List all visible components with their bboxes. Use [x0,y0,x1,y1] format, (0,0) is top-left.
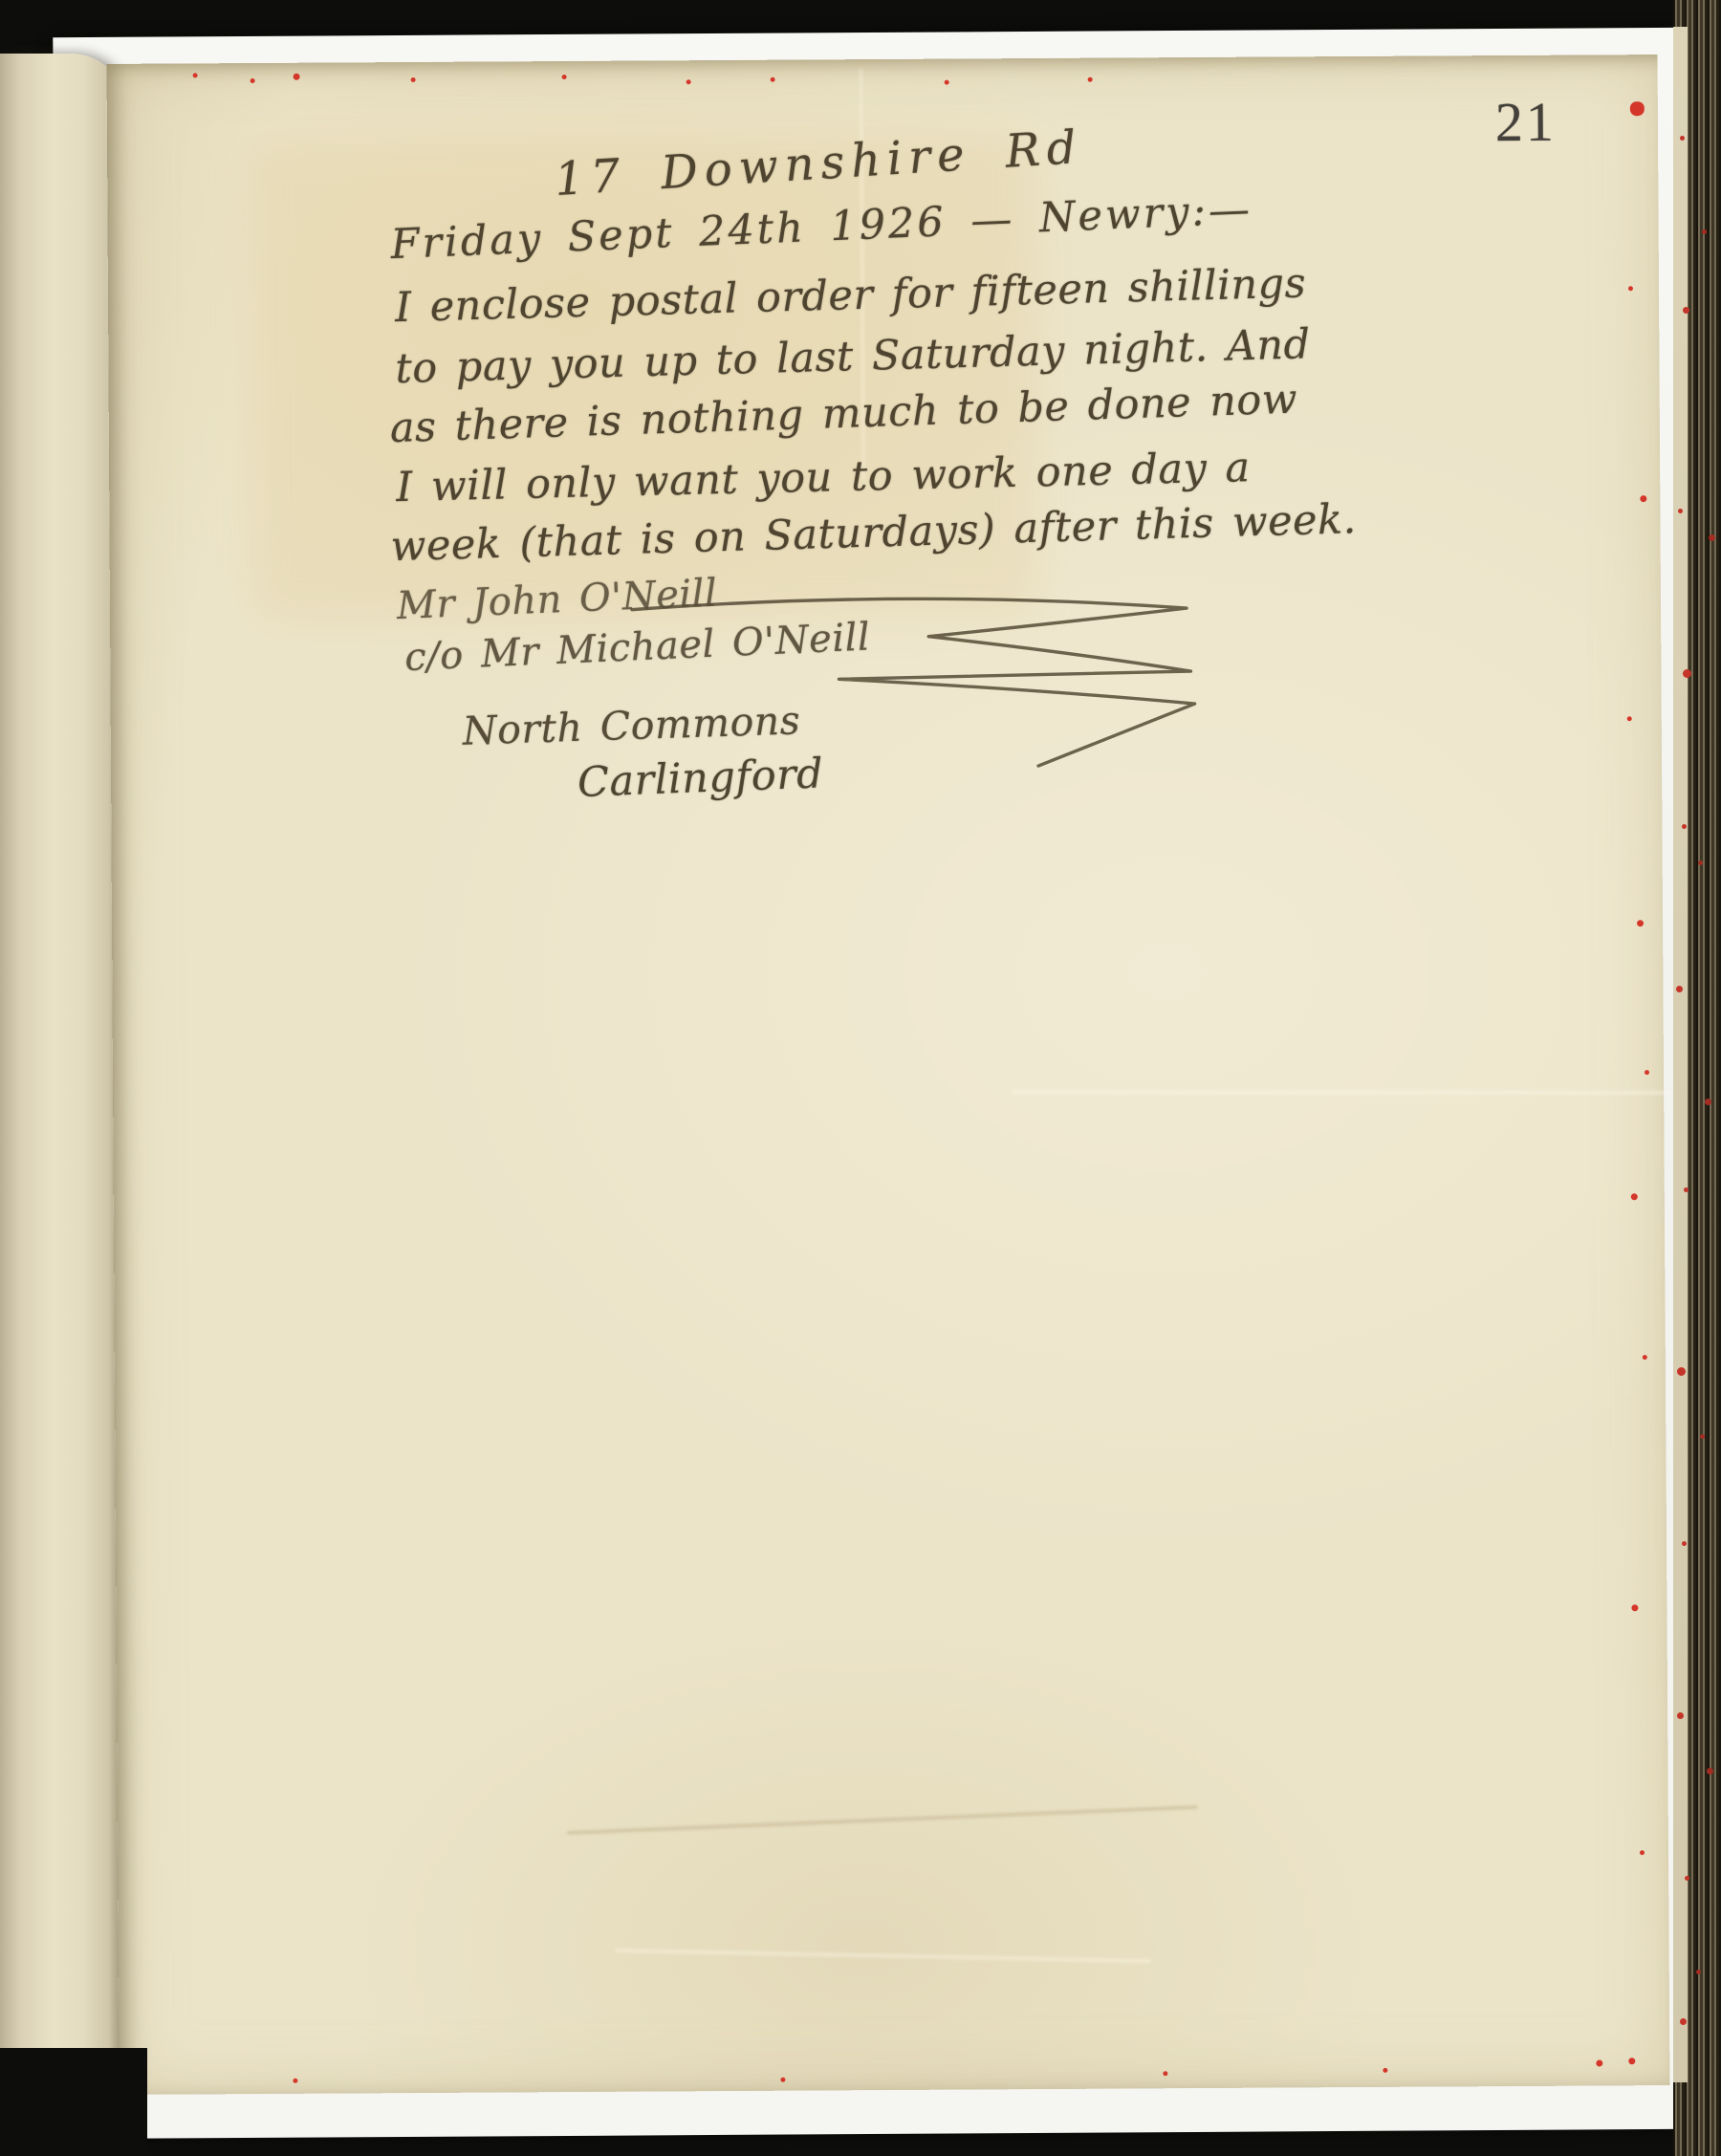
previous-page-curl [0,54,126,2058]
page-number: 21 [1495,90,1557,154]
next-leaf-edge [1673,27,1688,2082]
book-fore-edge [1673,0,1721,2156]
paper-crease [567,1806,1198,1835]
paper-crease [1012,1091,1671,1095]
backdrop-corner-mask [0,2048,147,2156]
book-photo: 21 17 Downshire Rd Friday Sept 24th 1926… [0,0,1721,2156]
album-page: 21 17 Downshire Rd Friday Sept 24th 1926… [107,54,1670,2095]
page-edge-red-speckles [107,64,112,69]
paper-crease [616,1949,1151,1962]
fore-edge-red-speckles [1673,0,1678,5]
ink-flourish [626,581,1216,829]
